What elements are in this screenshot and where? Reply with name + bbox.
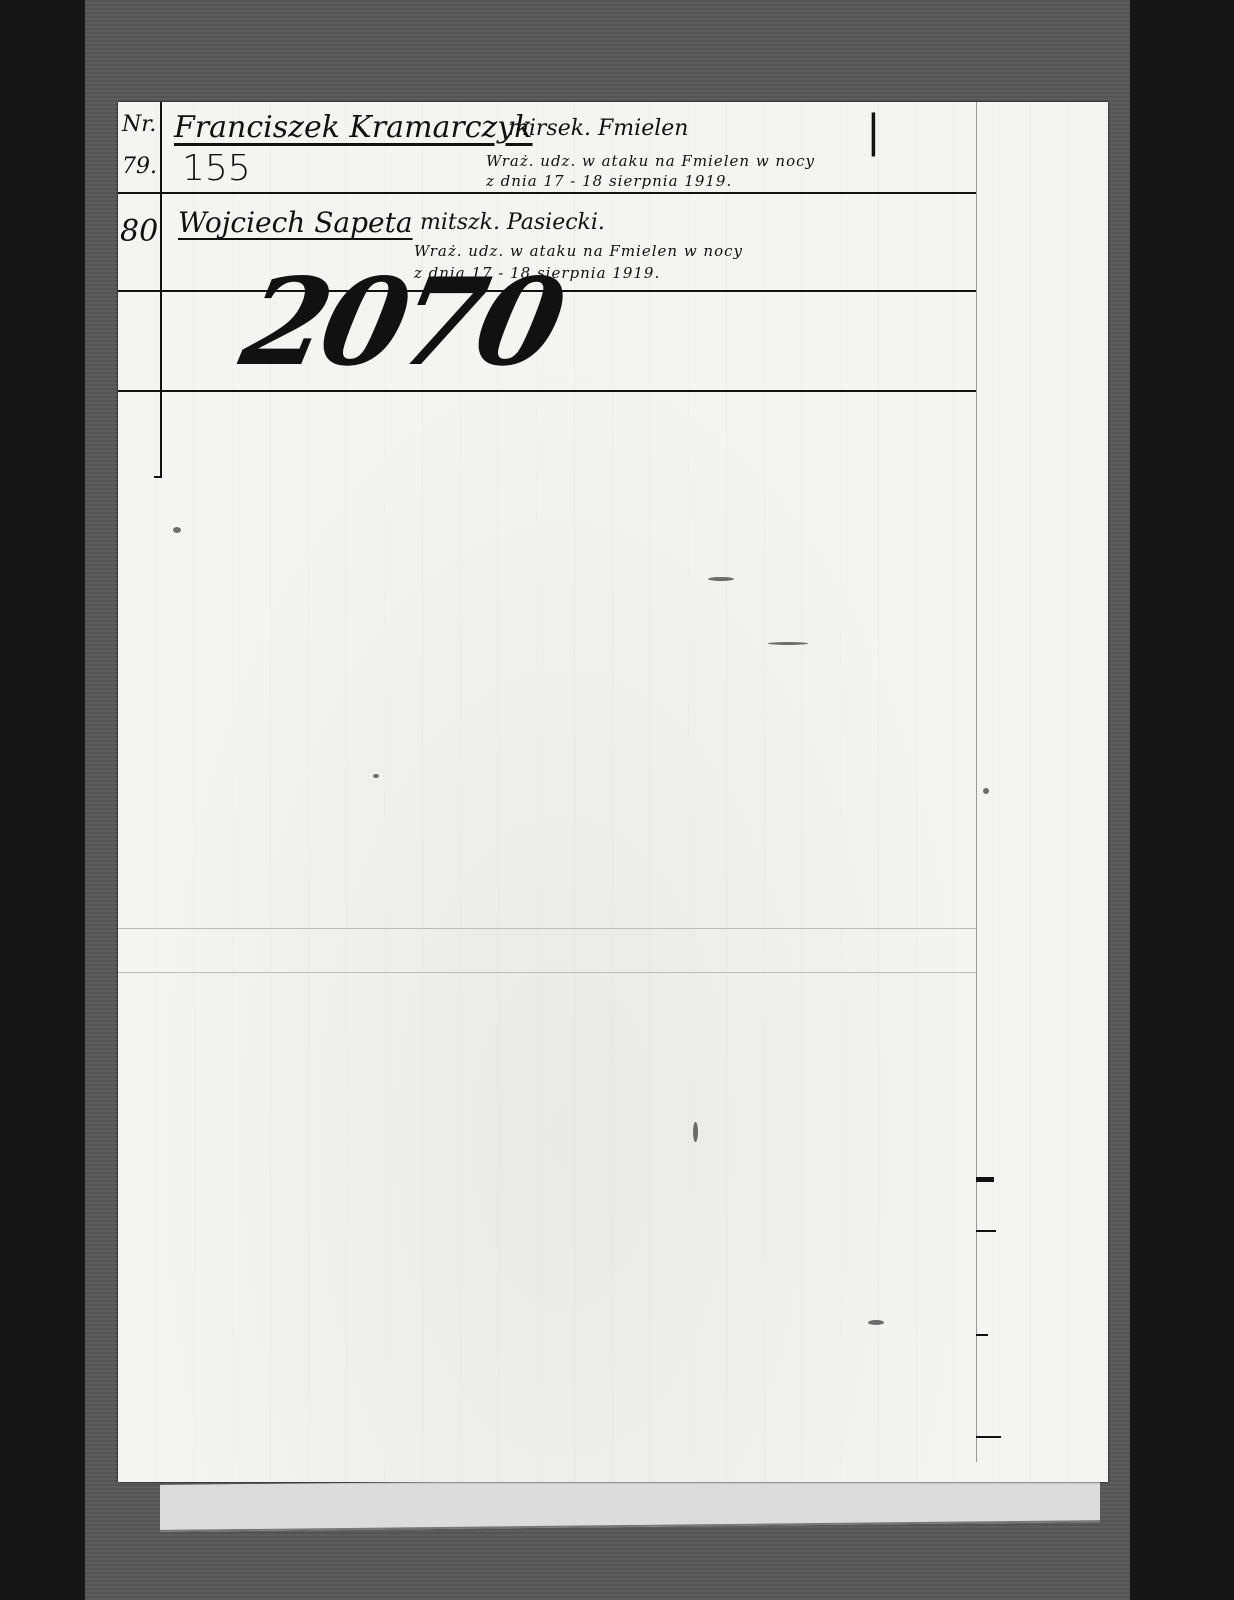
stain bbox=[868, 1320, 884, 1325]
film-edge-right bbox=[1130, 0, 1234, 1600]
stain bbox=[373, 774, 379, 778]
margin-tick bbox=[976, 1334, 988, 1336]
large-annotation-number: 2070 bbox=[231, 252, 571, 393]
entry-number: 80 bbox=[120, 214, 158, 249]
entry-name: Wojciech Sapeta bbox=[178, 206, 413, 239]
row-divider-79 bbox=[118, 192, 976, 194]
fold-line-2 bbox=[118, 972, 976, 973]
reference-number: 155 bbox=[182, 148, 251, 189]
register-page: Nr. 79. Franciszek Kramarczyk mirsek. Fm… bbox=[118, 102, 1108, 1482]
entry-note-line1: Wraż. udz. w ataku na Fmielen w nocy bbox=[486, 152, 815, 170]
entry-number: 79. bbox=[122, 154, 157, 179]
entry-note-line2: z dnia 17 - 18 sierpnia 1919. bbox=[486, 172, 732, 190]
entry-rank-unit: mitszk. Pasiecki. bbox=[420, 210, 605, 235]
right-margin-rule bbox=[976, 102, 977, 1462]
stain bbox=[983, 788, 989, 794]
entry-name: Franciszek Kramarczyk bbox=[174, 110, 532, 145]
margin-tick bbox=[976, 1230, 996, 1232]
column-rule-foot bbox=[154, 476, 162, 478]
film-edge-left bbox=[0, 0, 85, 1600]
stain bbox=[693, 1122, 698, 1142]
scan-frame: Nr. 79. Franciszek Kramarczyk mirsek. Fm… bbox=[0, 0, 1234, 1600]
stain bbox=[173, 527, 181, 533]
header-label: Nr. bbox=[122, 112, 156, 137]
margin-tick bbox=[976, 1436, 1001, 1438]
fold-line bbox=[118, 928, 976, 929]
entry-rank-unit: mirsek. Fmielen bbox=[508, 116, 688, 141]
underlying-sheet-edge bbox=[160, 1475, 1100, 1532]
stain bbox=[708, 577, 734, 581]
stain bbox=[768, 642, 808, 645]
number-column-rule bbox=[160, 102, 162, 477]
margin-tick bbox=[976, 1177, 994, 1182]
margin-mark: | bbox=[866, 106, 881, 157]
